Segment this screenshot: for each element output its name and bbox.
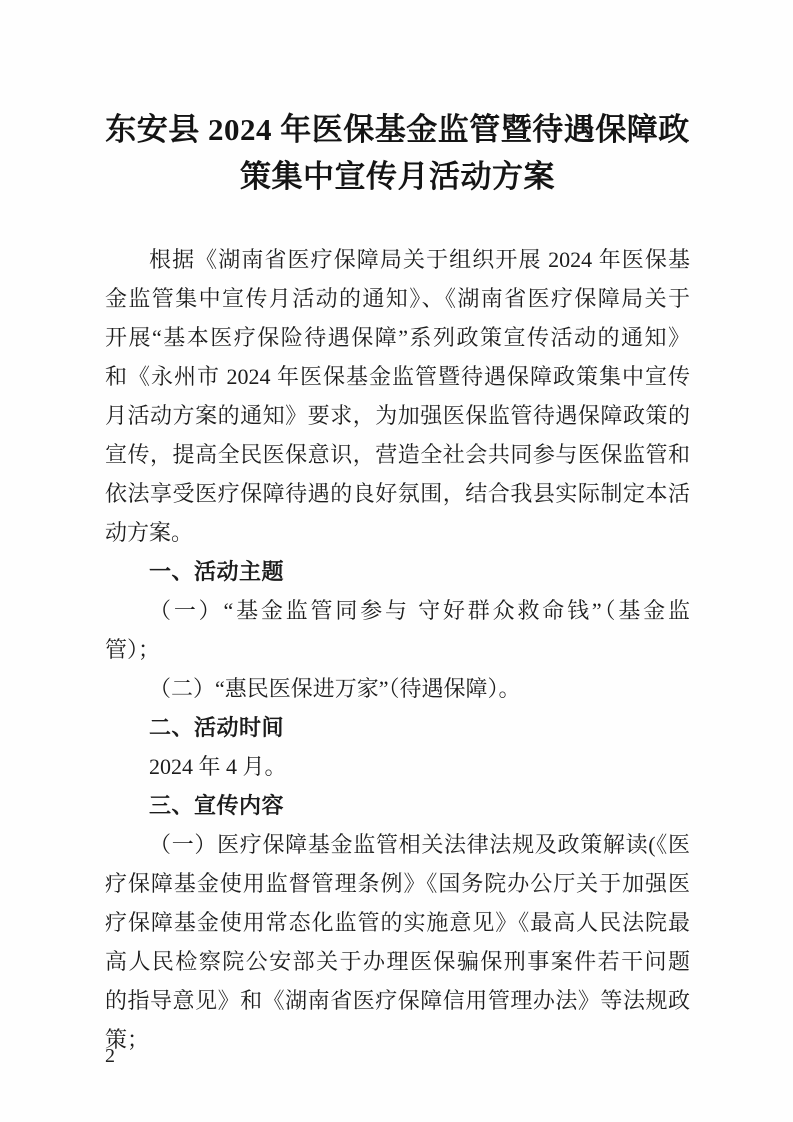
document-page: 东安县 2024 年医保基金监管暨待遇保障政 策集中宣传月活动方案 根据《湖南省… <box>0 0 793 1122</box>
title-line-2: 策集中宣传月活动方案 <box>105 153 690 200</box>
paragraph-line: 2024 年 4 月。 <box>105 747 690 786</box>
paragraph-line: 的指导意见》和《湖南省医疗保障信用管理办法》等法规政 <box>105 981 690 1020</box>
paragraph: 2024 年 4 月。 <box>105 747 690 786</box>
paragraph-line: 开展“基本医疗保险待遇保障”系列政策宣传活动的通知》 <box>105 318 690 357</box>
paragraph: 根据《湖南省医疗保障局关于组织开展 2024 年医保基金监管集中宣传月活动的通知… <box>105 240 690 552</box>
paragraph-line: （一）“基金监管同参与 守好群众救命钱”（基金监 <box>105 591 690 630</box>
paragraph-line: 宣传，提高全民医保意识，营造全社会共同参与医保监管和 <box>105 435 690 474</box>
paragraph-line: 疗保障基金使用常态化监管的实施意见》《最高人民法院最 <box>105 903 690 942</box>
paragraph: （一）医疗保障基金监管相关法律法规及政策解读(《医疗保障基金使用监督管理条例》《… <box>105 825 690 1059</box>
section-heading: 二、活动时间 <box>105 708 690 747</box>
paragraph-line: 根据《湖南省医疗保障局关于组织开展 2024 年医保基 <box>105 240 690 279</box>
document-body: 根据《湖南省医疗保障局关于组织开展 2024 年医保基金监管集中宣传月活动的通知… <box>105 240 690 1059</box>
page-number: 2 <box>105 1046 115 1066</box>
heading-line: 二、活动时间 <box>105 708 690 747</box>
paragraph-line: 管）； <box>105 630 690 669</box>
paragraph-line: 金监管集中宣传月活动的通知》、《湖南省医疗保障局关于 <box>105 279 690 318</box>
heading-line: 一、活动主题 <box>105 552 690 591</box>
paragraph-line: （一）医疗保障基金监管相关法律法规及政策解读(《医 <box>105 825 690 864</box>
paragraph-line: 月活动方案的通知》要求，为加强医保监管待遇保障政策的 <box>105 396 690 435</box>
paragraph-line: 疗保障基金使用监督管理条例》《国务院办公厅关于加强医 <box>105 864 690 903</box>
section-heading: 三、宣传内容 <box>105 786 690 825</box>
paragraph-line: （二）“惠民医保进万家”（待遇保障）。 <box>105 669 690 708</box>
heading-line: 三、宣传内容 <box>105 786 690 825</box>
paragraph-line: 策； <box>105 1020 690 1059</box>
section-heading: 一、活动主题 <box>105 552 690 591</box>
title-line-1: 东安县 2024 年医保基金监管暨待遇保障政 <box>105 106 690 153</box>
paragraph: （一）“基金监管同参与 守好群众救命钱”（基金监管）； <box>105 591 690 669</box>
paragraph-line: 高人民检察院公安部关于办理医保骗保刑事案件若干问题 <box>105 942 690 981</box>
paragraph-line: 动方案。 <box>105 513 690 552</box>
document-title: 东安县 2024 年医保基金监管暨待遇保障政 策集中宣传月活动方案 <box>105 106 690 200</box>
paragraph: （二）“惠民医保进万家”（待遇保障）。 <box>105 669 690 708</box>
paragraph-line: 和《永州市 2024 年医保基金监管暨待遇保障政策集中宣传 <box>105 357 690 396</box>
paragraph-line: 依法享受医疗保障待遇的良好氛围，结合我县实际制定本活 <box>105 474 690 513</box>
